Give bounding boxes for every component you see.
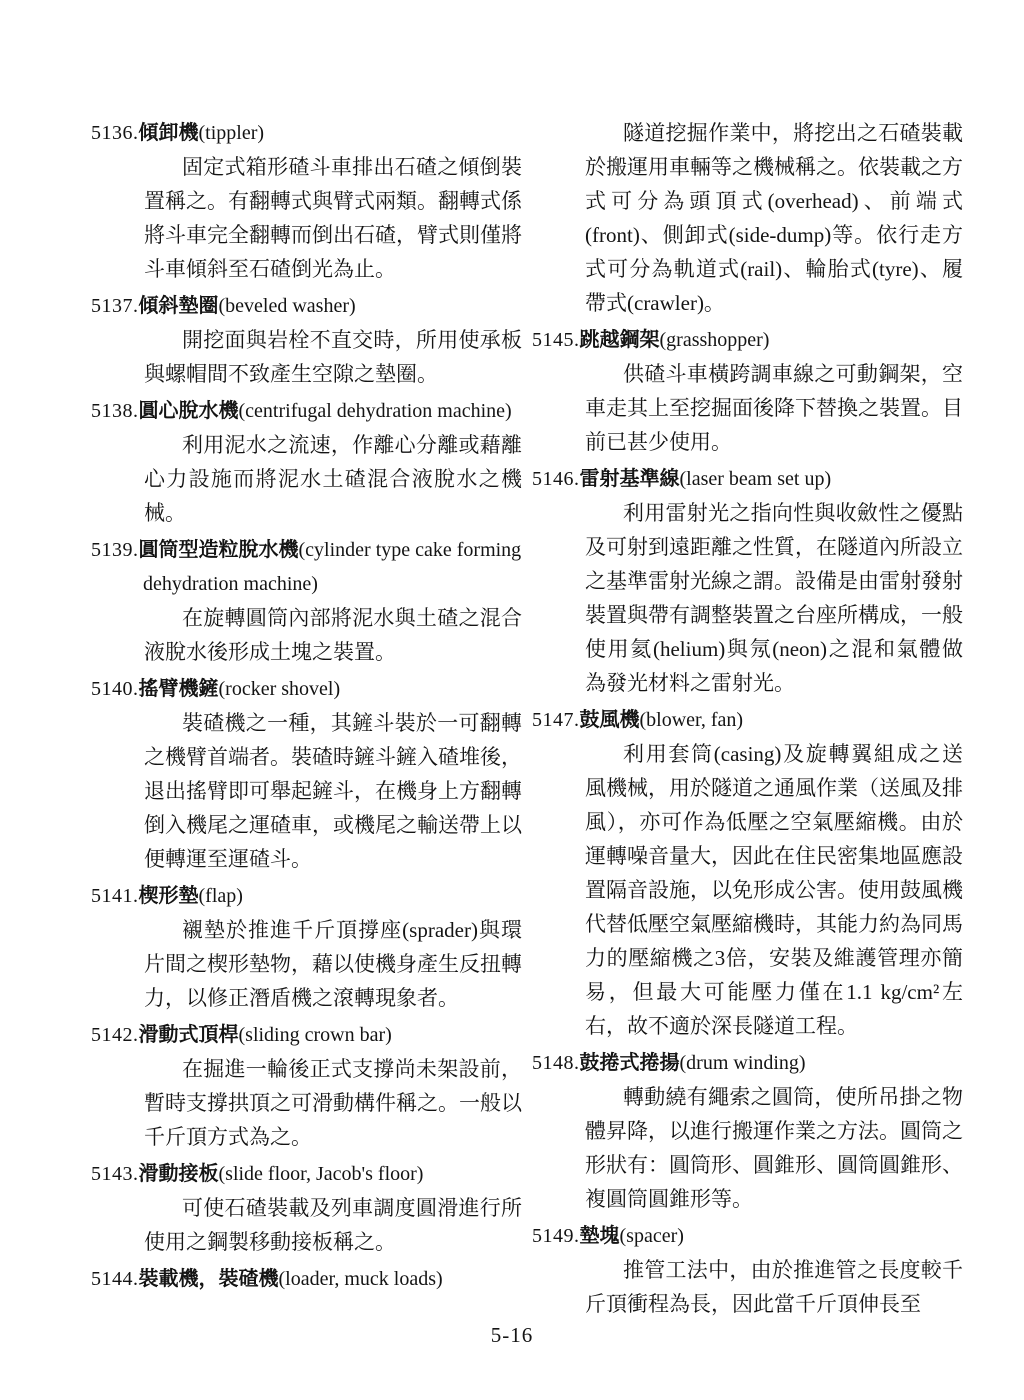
- entry-number: 5148.: [532, 1052, 580, 1074]
- entry-term: 鼓捲式捲揚: [580, 1052, 680, 1074]
- entry-term: 圓心脫水機: [139, 400, 239, 422]
- entry-heading: 5149.墊塊(spacer): [532, 1219, 963, 1253]
- glossary-entry: 5139.圓筒型造粒脫水機(cylinder type cake forming…: [91, 533, 522, 669]
- glossary-entry: 5146.雷射基準線(laser beam set up) 利用雷射光之指向性與…: [532, 462, 963, 700]
- entry-paragraph: 供碴斗車橫跨調車線之可動鋼架，空車走其上至挖掘面後降下替換之裝置。目前已甚少使用…: [585, 357, 963, 459]
- entry-number: 5139.: [91, 539, 139, 561]
- page-number: 5-16: [0, 1323, 1024, 1348]
- glossary-entry: 5141.楔形墊(flap) 襯墊於推進千斤頂撐座(sprader)與環片間之楔…: [91, 879, 522, 1015]
- entry-heading: 5143.滑動接板(slide floor, Jacob's floor): [91, 1157, 522, 1191]
- entry-term: 雷射基準線: [580, 468, 680, 490]
- glossary-entry: 5149.墊塊(spacer) 推管工法中，由於推進管之長度較千斤頂衝程為長，因…: [532, 1219, 963, 1321]
- entry-english-term: (spacer): [620, 1225, 684, 1247]
- entry-heading: 5145.跳越鋼架(grasshopper): [532, 323, 963, 357]
- entry-english-term: (slide floor, Jacob's floor): [219, 1163, 424, 1185]
- entry-body: 在旋轉圓筒內部將泥水與土碴之混合液脫水後形成土塊之裝置。: [91, 601, 522, 669]
- glossary-entry: 5136.傾卸機(tippler) 固定式箱形碴斗車排出石碴之傾倒裝置稱之。有翻…: [91, 116, 522, 286]
- entry-number: 5141.: [91, 885, 139, 907]
- entry-term: 搖臂機鏟: [139, 678, 219, 700]
- entry-heading: 5137.傾斜墊圈(beveled washer): [91, 289, 522, 323]
- entry-heading: 5147.鼓風機(blower, fan): [532, 703, 963, 737]
- glossary-entry: 5138.圓心脫水機(centrifugal dehydration machi…: [91, 394, 522, 530]
- entry-english-term: (flap): [199, 885, 243, 907]
- entry-term: 楔形墊: [139, 885, 199, 907]
- entry-number: 5142.: [91, 1024, 139, 1046]
- entry-heading: 5139.圓筒型造粒脫水機(cylinder type cake forming…: [91, 533, 522, 601]
- entry-body: 隧道挖掘作業中，將挖出之石碴裝載於搬運用車輛等之機械稱之。依裝載之方式可分為頭頂…: [532, 116, 963, 320]
- entry-term: 裝載機，裝碴機: [139, 1268, 279, 1290]
- entry-paragraph: 在掘進一輪後正式支撐尚未架設前，暫時支撐拱頂之可滑動構件稱之。一般以千斤頂方式為…: [144, 1052, 522, 1154]
- entry-paragraph: 利用泥水之流速，作離心分離或藉離心力設施而將泥水土碴混合液脫水之機械。: [144, 428, 522, 530]
- entry-body: 襯墊於推進千斤頂撐座(sprader)與環片間之楔形墊物，藉以使機身產生反扭轉力…: [91, 913, 522, 1015]
- entry-heading: 5144.裝載機，裝碴機(loader, muck loads): [91, 1262, 522, 1296]
- glossary-entry: 5148.鼓捲式捲揚(drum winding) 轉動繞有繩索之圓筒，使所吊掛之…: [532, 1046, 963, 1216]
- glossary-entry: 隧道挖掘作業中，將挖出之石碴裝載於搬運用車輛等之機械稱之。依裝載之方式可分為頭頂…: [532, 116, 963, 320]
- entry-english-term: (drum winding): [680, 1052, 806, 1074]
- entry-body: 供碴斗車橫跨調車線之可動鋼架，空車走其上至挖掘面後降下替換之裝置。目前已甚少使用…: [532, 357, 963, 459]
- entry-term: 圓筒型造粒脫水機: [139, 539, 299, 561]
- entry-english-term: (grasshopper): [660, 329, 770, 351]
- entry-heading: 5142.滑動式頂桿(sliding crown bar): [91, 1018, 522, 1052]
- entry-paragraph: 開挖面與岩栓不直交時，所用使承板與螺帽間不致產生空隙之墊圈。: [144, 323, 522, 391]
- entry-heading: 5141.楔形墊(flap): [91, 879, 522, 913]
- entry-number: 5144.: [91, 1268, 139, 1290]
- entry-english-term: (rocker shovel): [219, 678, 341, 700]
- entry-paragraph: 利用雷射光之指向性與收斂性之優點及可射到遠距離之性質，在隧道內所設立之基準雷射光…: [585, 496, 963, 700]
- glossary-entry: 5142.滑動式頂桿(sliding crown bar) 在掘進一輪後正式支撐…: [91, 1018, 522, 1154]
- entry-number: 5147.: [532, 709, 580, 731]
- entry-term: 滑動式頂桿: [139, 1024, 239, 1046]
- entry-term: 傾斜墊圈: [139, 295, 219, 317]
- entry-number: 5143.: [91, 1163, 139, 1185]
- entry-heading: 5138.圓心脫水機(centrifugal dehydration machi…: [91, 394, 522, 428]
- entry-body: 裝碴機之一種，其鏟斗裝於一可翻轉之機臂首端者。裝碴時鏟斗鏟入碴堆後，退出搖臂即可…: [91, 706, 522, 876]
- left-column: 5136.傾卸機(tippler) 固定式箱形碴斗車排出石碴之傾倒裝置稱之。有翻…: [91, 116, 522, 1299]
- entry-term: 滑動接板: [139, 1163, 219, 1185]
- entry-heading: 5136.傾卸機(tippler): [91, 116, 522, 150]
- entry-english-term: (loader, muck loads): [279, 1268, 443, 1290]
- entry-english-term: (blower, fan): [640, 709, 744, 731]
- glossary-entry: 5147.鼓風機(blower, fan) 利用套筒(casing)及旋轉翼組成…: [532, 703, 963, 1043]
- entry-body: 轉動繞有繩索之圓筒，使所吊掛之物體昇降，以進行搬運作業之方法。圓筒之形狀有：圓筒…: [532, 1080, 963, 1216]
- right-column: 隧道挖掘作業中，將挖出之石碴裝載於搬運用車輛等之機械稱之。依裝載之方式可分為頭頂…: [532, 116, 963, 1324]
- entry-body: 利用套筒(casing)及旋轉翼組成之送風機械，用於隧道之通風作業（送風及排風）…: [532, 737, 963, 1043]
- entry-heading: 5148.鼓捲式捲揚(drum winding): [532, 1046, 963, 1080]
- glossary-entry: 5137.傾斜墊圈(beveled washer) 開挖面與岩栓不直交時，所用使…: [91, 289, 522, 391]
- entry-body: 開挖面與岩栓不直交時，所用使承板與螺帽間不致產生空隙之墊圈。: [91, 323, 522, 391]
- entry-body: 推管工法中，由於推進管之長度較千斤頂衝程為長，因此當千斤頂伸長至: [532, 1253, 963, 1321]
- entry-number: 5140.: [91, 678, 139, 700]
- entry-english-term: (centrifugal dehydration machine): [239, 400, 512, 422]
- entry-number: 5138.: [91, 400, 139, 422]
- entry-number: 5146.: [532, 468, 580, 490]
- entry-term: 鼓風機: [580, 709, 640, 731]
- entry-continuation-paragraph: 隧道挖掘作業中，將挖出之石碴裝載於搬運用車輛等之機械稱之。依裝載之方式可分為頭頂…: [585, 116, 963, 320]
- entry-number: 5137.: [91, 295, 139, 317]
- entry-term: 跳越鋼架: [580, 329, 660, 351]
- entry-number: 5136.: [91, 122, 139, 144]
- entry-paragraph: 利用套筒(casing)及旋轉翼組成之送風機械，用於隧道之通風作業（送風及排風）…: [585, 737, 963, 1043]
- entry-heading: 5140.搖臂機鏟(rocker shovel): [91, 672, 522, 706]
- glossary-entry: 5145.跳越鋼架(grasshopper) 供碴斗車橫跨調車線之可動鋼架，空車…: [532, 323, 963, 459]
- entry-english-term: (beveled washer): [219, 295, 356, 317]
- entry-body: 利用雷射光之指向性與收斂性之優點及可射到遠距離之性質，在隧道內所設立之基準雷射光…: [532, 496, 963, 700]
- entry-paragraph: 可使石碴裝載及列車調度圓滑進行所使用之鋼製移動接板稱之。: [144, 1191, 522, 1259]
- entry-paragraph: 在旋轉圓筒內部將泥水與土碴之混合液脫水後形成土塊之裝置。: [144, 601, 522, 669]
- glossary-entry: 5144.裝載機，裝碴機(loader, muck loads): [91, 1262, 522, 1296]
- glossary-entry: 5140.搖臂機鏟(rocker shovel) 裝碴機之一種，其鏟斗裝於一可翻…: [91, 672, 522, 876]
- entry-paragraph: 推管工法中，由於推進管之長度較千斤頂衝程為長，因此當千斤頂伸長至: [585, 1253, 963, 1321]
- entry-english-term: (sliding crown bar): [239, 1024, 392, 1046]
- entry-number: 5149.: [532, 1225, 580, 1247]
- glossary-entry: 5143.滑動接板(slide floor, Jacob's floor) 可使…: [91, 1157, 522, 1259]
- entry-english-term: (tippler): [199, 122, 265, 144]
- entry-paragraph: 固定式箱形碴斗車排出石碴之傾倒裝置稱之。有翻轉式與臂式兩類。翻轉式係將斗車完全翻…: [144, 150, 522, 286]
- entry-number: 5145.: [532, 329, 580, 351]
- entry-paragraph: 轉動繞有繩索之圓筒，使所吊掛之物體昇降，以進行搬運作業之方法。圓筒之形狀有：圓筒…: [585, 1080, 963, 1216]
- entry-body: 在掘進一輪後正式支撐尚未架設前，暫時支撐拱頂之可滑動構件稱之。一般以千斤頂方式為…: [91, 1052, 522, 1154]
- entry-body: 固定式箱形碴斗車排出石碴之傾倒裝置稱之。有翻轉式與臂式兩類。翻轉式係將斗車完全翻…: [91, 150, 522, 286]
- entry-english-term: (laser beam set up): [680, 468, 832, 490]
- entry-body: 利用泥水之流速，作離心分離或藉離心力設施而將泥水土碴混合液脫水之機械。: [91, 428, 522, 530]
- entry-heading: 5146.雷射基準線(laser beam set up): [532, 462, 963, 496]
- document-page: 5136.傾卸機(tippler) 固定式箱形碴斗車排出石碴之傾倒裝置稱之。有翻…: [0, 0, 1024, 1400]
- entry-paragraph: 裝碴機之一種，其鏟斗裝於一可翻轉之機臂首端者。裝碴時鏟斗鏟入碴堆後，退出搖臂即可…: [144, 706, 522, 876]
- entry-body: 可使石碴裝載及列車調度圓滑進行所使用之鋼製移動接板稱之。: [91, 1191, 522, 1259]
- entry-term: 墊塊: [580, 1225, 620, 1247]
- entry-paragraph: 襯墊於推進千斤頂撐座(sprader)與環片間之楔形墊物，藉以使機身產生反扭轉力…: [144, 913, 522, 1015]
- entry-term: 傾卸機: [139, 122, 199, 144]
